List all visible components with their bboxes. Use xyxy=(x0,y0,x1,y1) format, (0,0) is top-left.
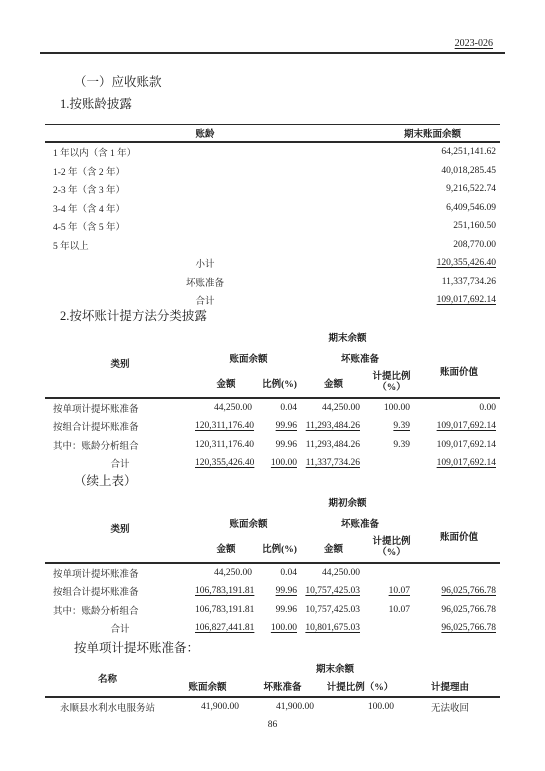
book-value: 96,025,766.78 xyxy=(418,605,500,615)
provision-ratio-value: 9.39 xyxy=(365,440,418,450)
category-col-header: 类别 xyxy=(45,356,195,370)
category-col-header: 类别 xyxy=(45,521,195,535)
table-row: 其中：账龄分析组合 106,783,191.81 99.96 10,757,42… xyxy=(45,601,500,620)
book-value: 109,017,692.14 xyxy=(418,440,500,450)
subsection-method-title: 2.按坏账计提方法分类披露 xyxy=(60,310,505,323)
amount-header: 金额 xyxy=(302,541,365,555)
provision-ratio-header: 计提比例（%） xyxy=(320,679,400,693)
ratio-value: 0.04 xyxy=(257,403,302,413)
aging-bucket-value: 251,160.50 xyxy=(365,221,500,231)
page-number: 86 xyxy=(40,720,505,730)
aging-bucket-label: 1 年以内（含 1 年） xyxy=(45,145,365,159)
provision-ratio-value: 10.07 xyxy=(365,605,418,615)
amount-header: 金额 xyxy=(195,541,257,555)
category-label: 按单项计提坏账准备 xyxy=(45,401,195,415)
subtotal-value: 120,355,426.40 xyxy=(365,258,500,268)
name-col-header: 名称 xyxy=(45,671,170,685)
category-label: 按组合计提坏账准备 xyxy=(45,419,195,433)
total-label: 合计 xyxy=(45,293,365,307)
ratio-value: 99.96 xyxy=(257,605,302,615)
total-label: 合计 xyxy=(45,621,195,635)
book-balance-value: 41,900.00 xyxy=(170,702,245,712)
provision-ratio-header: 计提比例 （%） xyxy=(365,537,418,559)
table-row: 永顺县水利水电服务站 41,900.00 41,900.00 100.00 无法… xyxy=(45,698,500,717)
ratio-value: 100.00 xyxy=(257,458,302,468)
total-row: 合计 106,827,441.81 100.00 10,801,675.03 9… xyxy=(45,619,500,638)
method-table-header: 类别 期初余额 账面余额 坏账准备 账面价值 金额 比例(%) 金额 计提比例 … xyxy=(45,494,500,564)
aging-table-header: 账龄 期末账面余额 xyxy=(45,124,500,143)
amount-value: 120,355,426.40 xyxy=(195,458,257,468)
aging-table: 账龄 期末账面余额 1 年以内（含 1 年） 64,251,141.62 1-2… xyxy=(45,124,500,310)
provision-ratio-header: 计提比例 （%） xyxy=(365,372,418,394)
ratio-value: 99.96 xyxy=(257,440,302,450)
bad-debt-amount-value: 10,757,425.03 xyxy=(302,586,365,596)
aging-bucket-value: 64,251,141.62 xyxy=(365,147,500,157)
aging-bucket-label: 3-4 年（含 4 年） xyxy=(45,201,365,215)
amount-value: 106,783,191.81 xyxy=(195,605,257,615)
book-value: 96,025,766.78 xyxy=(418,623,500,633)
page-header: 2023-026 xyxy=(40,0,505,54)
bad-debt-header: 坏账准备 xyxy=(302,351,418,365)
section-title: （一）应收账款 xyxy=(74,75,505,89)
subsection-aging-title: 1.按账龄披露 xyxy=(60,97,505,111)
aging-bucket-label: 2-3 年（含 3 年） xyxy=(45,182,365,196)
bad-debt-header: 坏账准备 xyxy=(302,516,418,530)
reason-header: 计提理由 xyxy=(400,679,500,693)
bad-debt-amount-value: 10,801,675.03 xyxy=(302,623,365,633)
provision-ratio-line1: 计提比例 xyxy=(365,372,418,383)
total-label: 合计 xyxy=(45,456,195,470)
provision-ratio-line2: （%） xyxy=(365,383,418,394)
book-balance-header: 账面余额 xyxy=(195,351,302,365)
book-value: 0.00 xyxy=(418,403,500,413)
bad-debt-amount-value: 44,250.00 xyxy=(302,568,365,578)
ratio-header: 比例(%) xyxy=(257,376,302,390)
aging-bucket-value: 40,018,285.45 xyxy=(365,166,500,176)
bad-debt-amount-value: 11,293,484.26 xyxy=(302,440,365,450)
total-value: 109,017,692.14 xyxy=(365,295,500,305)
aging-bucket-label: 4-5 年（含 5 年） xyxy=(45,219,365,233)
bad-debt-amount-value: 11,337,734.26 xyxy=(302,458,365,468)
document-page: 2023-026 （一）应收账款 1.按账龄披露 账龄 期末账面余额 1 年以内… xyxy=(0,0,545,771)
amount-value: 120,311,176.40 xyxy=(195,440,257,450)
bad-debt-value: 41,900.00 xyxy=(245,702,320,712)
single-item-table-header: 名称 期末余额 账面余额 坏账准备 计提比例（%） 计提理由 xyxy=(45,661,500,698)
bad-debt-label: 坏账准备 xyxy=(45,275,365,289)
bad-debt-amount-value: 10,757,425.03 xyxy=(302,605,365,615)
table-row: 2-3 年（含 3 年） 9,216,522.74 xyxy=(45,180,500,199)
book-value-header: 账面价值 xyxy=(418,529,500,543)
table-row: 5 年以上 208,770.00 xyxy=(45,236,500,255)
book-value: 109,017,692.14 xyxy=(418,421,500,431)
category-label: 按单项计提坏账准备 xyxy=(45,566,195,580)
provision-ratio-value: 10.07 xyxy=(365,586,418,596)
category-label: 按组合计提坏账准备 xyxy=(45,584,195,598)
provision-ratio-value: 9.39 xyxy=(365,421,418,431)
table-row: 1 年以内（含 1 年） 64,251,141.62 xyxy=(45,143,500,162)
amount-value: 106,827,441.81 xyxy=(195,623,257,633)
provision-ratio-value: 100.00 xyxy=(365,403,418,413)
book-value: 109,017,692.14 xyxy=(418,458,500,468)
total-row: 合计 120,355,426.40 100.00 11,337,734.26 1… xyxy=(45,454,500,473)
subtotal-label: 小计 xyxy=(45,256,365,270)
method-table-header: 类别 期末余额 账面余额 坏账准备 账面价值 金额 比例(%) 金额 计提比例 … xyxy=(45,329,500,399)
aging-bucket-label: 5 年以上 xyxy=(45,238,365,252)
table-row: 按组合计提坏账准备 106,783,191.81 99.96 10,757,42… xyxy=(45,582,500,601)
ratio-value: 100.00 xyxy=(257,623,302,633)
provision-reason: 无法收回 xyxy=(400,700,500,714)
table-row: 1-2 年（含 2 年） 40,018,285.45 xyxy=(45,162,500,181)
debtor-name: 永顺县水利水电服务站 xyxy=(45,700,170,714)
period-header: 期末余额 xyxy=(170,661,500,675)
subtotal-row: 小计 120,355,426.40 xyxy=(45,254,500,273)
book-balance-header: 账面余额 xyxy=(170,679,245,693)
ratio-value: 0.04 xyxy=(257,568,302,578)
amount-header: 金额 xyxy=(195,376,257,390)
bad-debt-amount-value: 11,293,484.26 xyxy=(302,421,365,431)
bad-debt-header: 坏账准备 xyxy=(245,679,320,693)
balance-col-header: 期末账面余额 xyxy=(365,126,500,140)
total-row: 合计 109,017,692.14 xyxy=(45,291,500,310)
category-label: 其中：账龄分析组合 xyxy=(45,438,195,452)
amount-value: 106,783,191.81 xyxy=(195,586,257,596)
table-row: 按单项计提坏账准备 44,250.00 0.04 44,250.00 xyxy=(45,564,500,583)
period-header: 期末余额 xyxy=(195,330,500,344)
method-table-opening: 类别 期初余额 账面余额 坏账准备 账面价值 金额 比例(%) 金额 计提比例 … xyxy=(45,494,500,638)
aging-bucket-value: 9,216,522.74 xyxy=(365,184,500,194)
ratio-header: 比例(%) xyxy=(257,541,302,555)
ratio-value: 99.96 xyxy=(257,421,302,431)
bad-debt-row: 坏账准备 11,337,734.26 xyxy=(45,273,500,292)
table-row: 4-5 年（含 5 年） 251,160.50 xyxy=(45,217,500,236)
amount-value: 44,250.00 xyxy=(195,568,257,578)
single-item-note: 按单项计提坏账准备： xyxy=(74,642,505,655)
bad-debt-amount-value: 44,250.00 xyxy=(302,403,365,413)
book-value-header: 账面价值 xyxy=(418,364,500,378)
table-row: 其中：账龄分析组合 120,311,176.40 99.96 11,293,48… xyxy=(45,436,500,455)
amount-header: 金额 xyxy=(302,376,365,390)
aging-bucket-value: 208,770.00 xyxy=(365,240,500,250)
table-row: 按组合计提坏账准备 120,311,176.40 99.96 11,293,48… xyxy=(45,417,500,436)
amount-value: 44,250.00 xyxy=(195,403,257,413)
provision-ratio-value: 100.00 xyxy=(320,702,400,712)
book-value: 96,025,766.78 xyxy=(418,586,500,596)
method-table-closing: 类别 期末余额 账面余额 坏账准备 账面价值 金额 比例(%) 金额 计提比例 … xyxy=(45,329,500,473)
ratio-value: 99.96 xyxy=(257,586,302,596)
period-header: 期初余额 xyxy=(195,495,500,509)
continued-note: （续上表） xyxy=(74,475,505,488)
category-label: 其中：账龄分析组合 xyxy=(45,603,195,617)
table-row: 3-4 年（含 4 年） 6,409,546.09 xyxy=(45,199,500,218)
document-number: 2023-026 xyxy=(455,38,493,50)
provision-ratio-line1: 计提比例 xyxy=(365,537,418,548)
amount-value: 120,311,176.40 xyxy=(195,421,257,431)
table-row: 按单项计提坏账准备 44,250.00 0.04 44,250.00 100.0… xyxy=(45,399,500,418)
provision-ratio-line2: （%） xyxy=(365,548,418,559)
bad-debt-value: 11,337,734.26 xyxy=(365,277,500,287)
aging-col-header: 账龄 xyxy=(45,126,365,140)
book-balance-header: 账面余额 xyxy=(195,516,302,530)
aging-bucket-label: 1-2 年（含 2 年） xyxy=(45,164,365,178)
single-item-table: 名称 期末余额 账面余额 坏账准备 计提比例（%） 计提理由 永顺县水利水电服务… xyxy=(45,661,500,717)
aging-bucket-value: 6,409,546.09 xyxy=(365,203,500,213)
